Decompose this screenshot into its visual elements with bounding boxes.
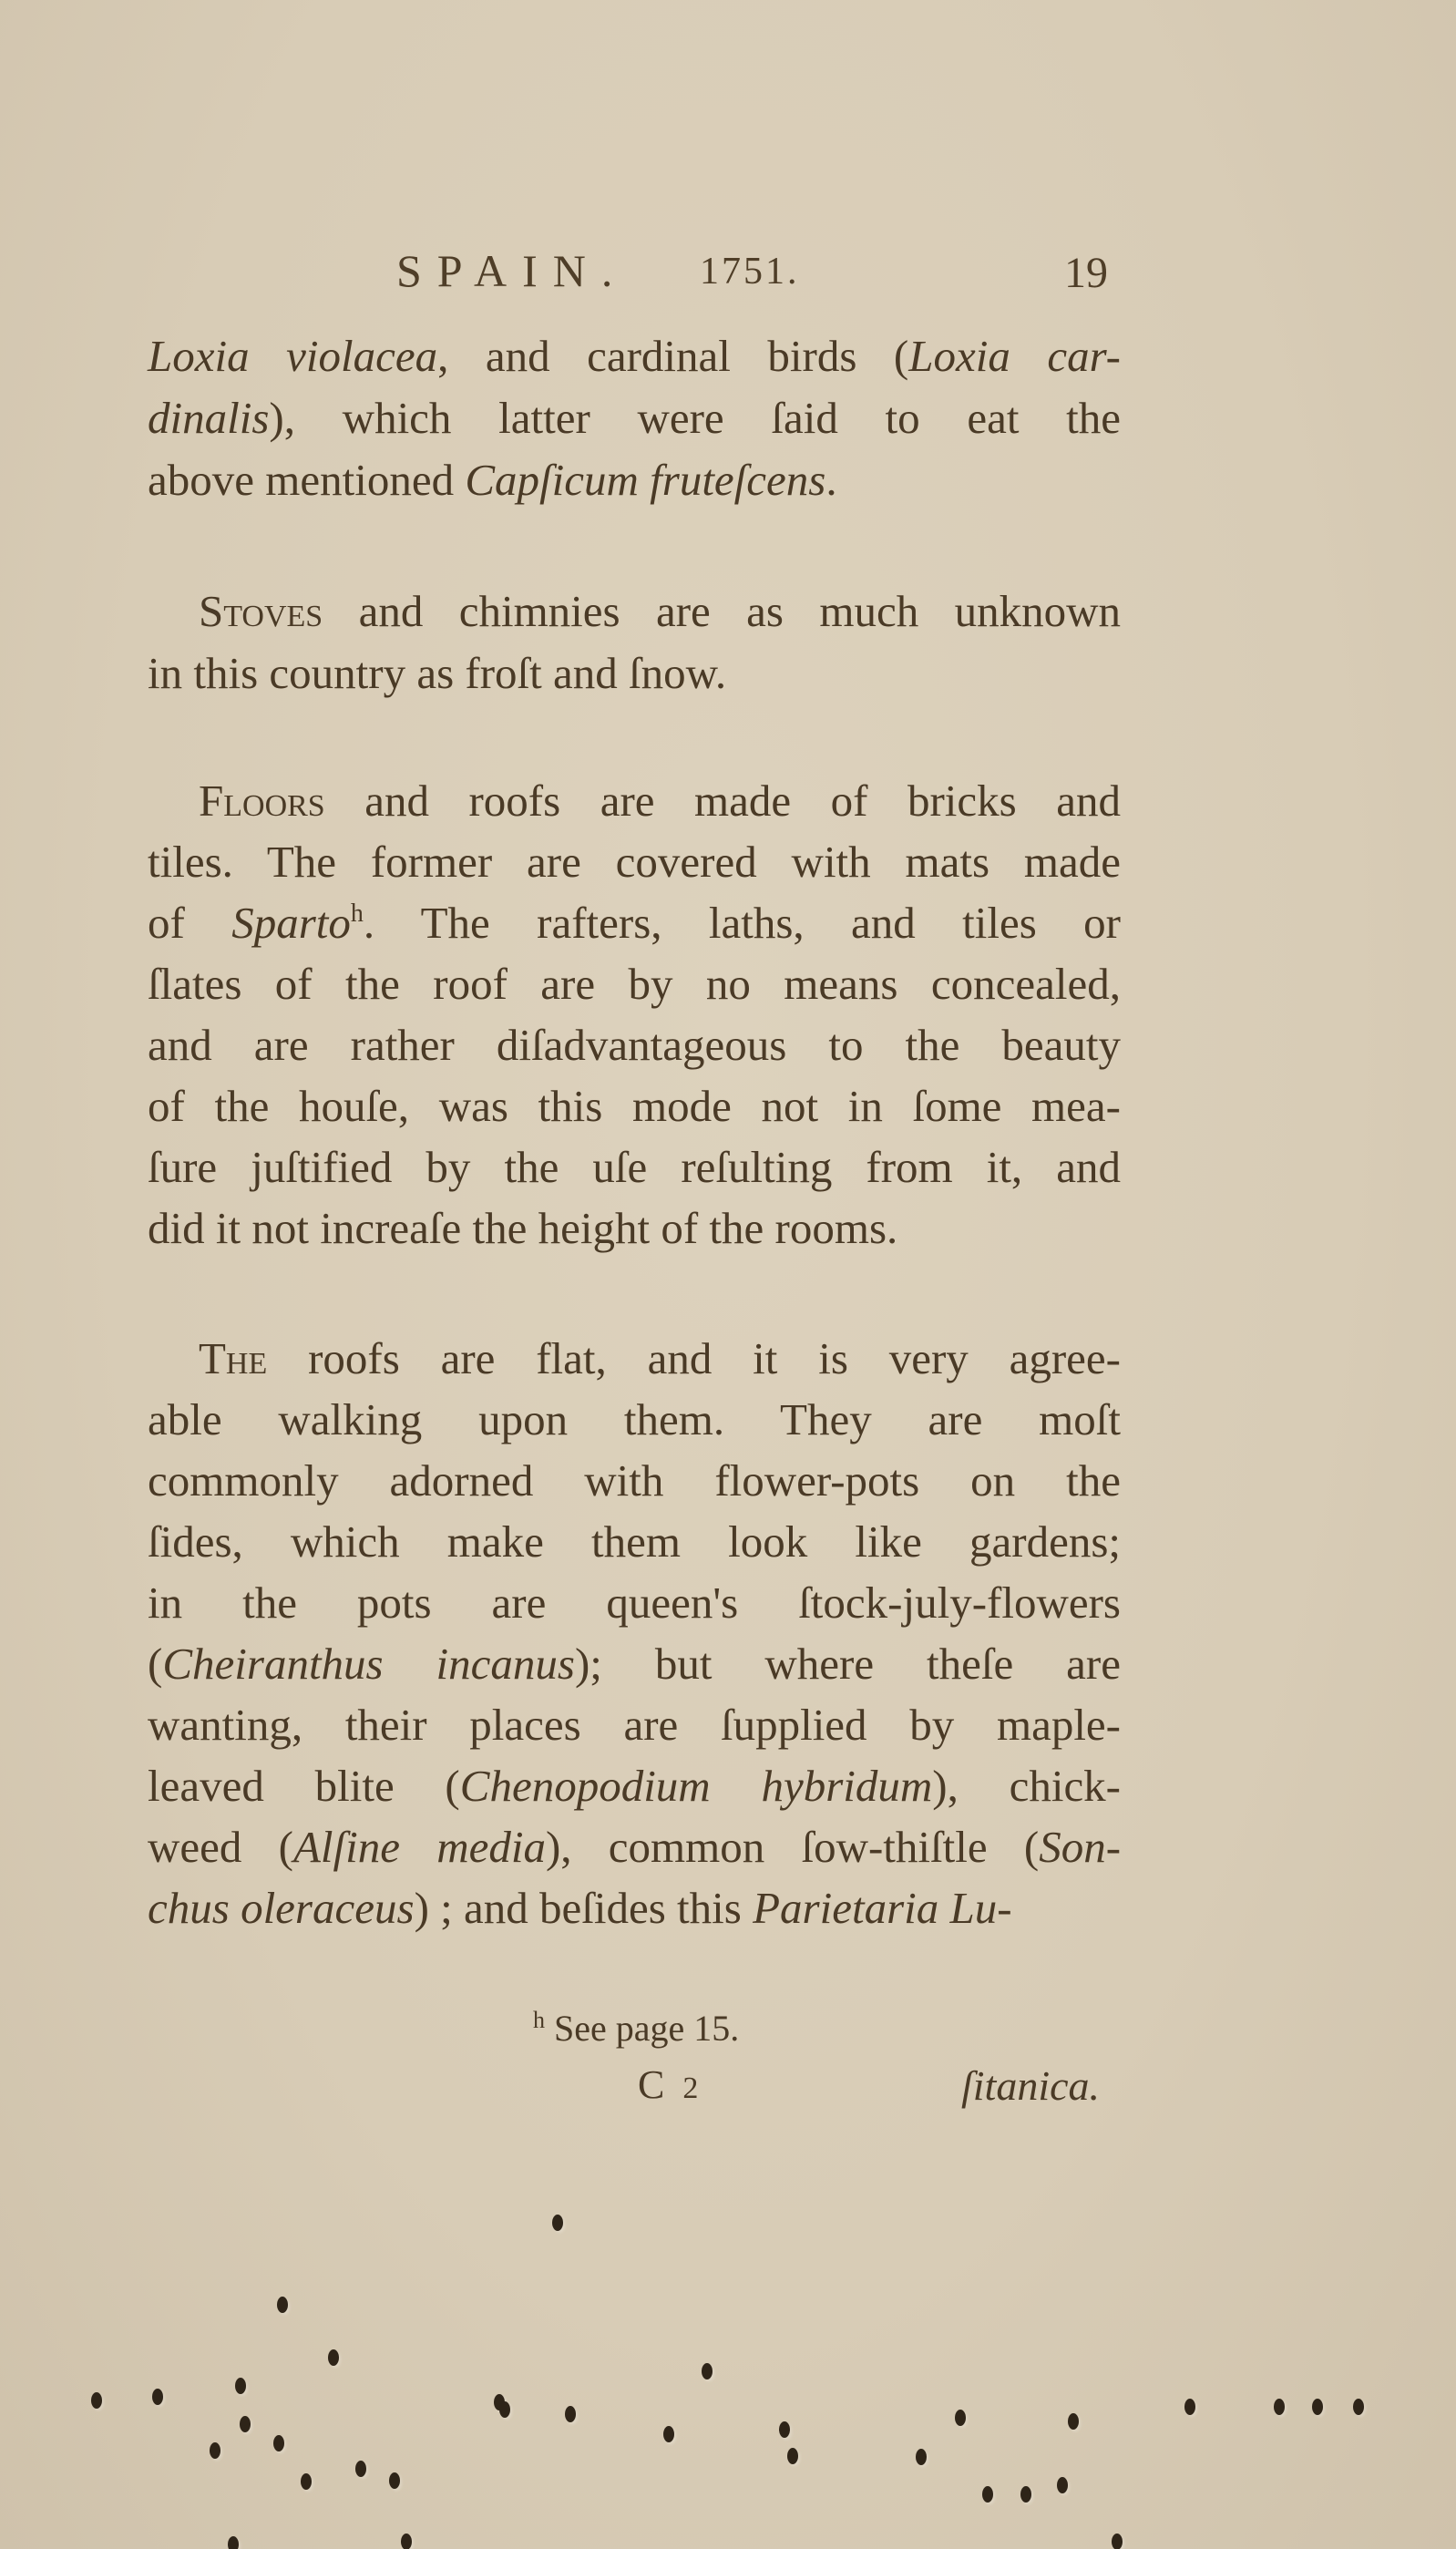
italic-text: Chenopodium hybridum [460, 1761, 933, 1811]
text-run: ) ; and beſides this [415, 1883, 754, 1933]
worm-hole [1184, 2399, 1195, 2415]
italic-text: Sparto [231, 898, 351, 948]
text-run: ), chick- [932, 1761, 1121, 1811]
text-line: tiles. The former are covered with mats … [148, 834, 1121, 890]
text-run: commonly adorned with flower-pots on the [148, 1455, 1121, 1506]
text-run: did it not increaſe the height of the ro… [148, 1203, 897, 1253]
text-line: and are rather diſadvantageous to the be… [148, 1017, 1121, 1074]
text-line: ſure juſtified by the uſe reſulting from… [148, 1139, 1121, 1196]
worm-hole [91, 2392, 102, 2409]
text-line: leaved blite (Chenopodium hybridum), chi… [148, 1758, 1121, 1814]
running-head-title: SPAIN. [396, 244, 628, 297]
worm-hole [779, 2421, 790, 2438]
signature-number: 2 [682, 2071, 698, 2105]
worm-hole [277, 2297, 288, 2313]
text-line: in the pots are queen's ſtock-july-flowe… [148, 1575, 1121, 1631]
worm-hole [328, 2349, 339, 2366]
text-run: tiles. The former are covered with mats … [148, 837, 1121, 887]
text-line: Floors and roofs are made of bricks and [199, 773, 1121, 829]
worm-hole [982, 2486, 993, 2503]
italic-text: Capſicum fruteſcens [465, 455, 825, 505]
italic-text: Loxia car- [908, 331, 1121, 381]
italic-text: Parietaria Lu- [753, 1883, 1011, 1933]
text-line: Loxia violacea, and cardinal birds (Loxi… [148, 328, 1121, 385]
text-run: ſlates of the roof are by no means conce… [148, 959, 1121, 1009]
text-run: leaved blite ( [148, 1761, 460, 1811]
text-line: able walking upon them. They are moſt [148, 1392, 1121, 1448]
signature-letter: C [638, 2062, 664, 2107]
worm-hole [955, 2410, 966, 2426]
text-run: wanting, their places are ſupplied by ma… [148, 1700, 1121, 1750]
text-line: dinalis), which latter were ſaid to eat … [148, 390, 1121, 447]
text-run: in the pots are queen's ſtock-july-flowe… [148, 1578, 1121, 1628]
italic-text: Cheiranthus incanus [162, 1639, 575, 1689]
text-run: of the houſe, was this mode not in ſome … [148, 1081, 1121, 1131]
worm-hole [1057, 2477, 1068, 2493]
text-line: did it not increaſe the height of the ro… [148, 1200, 1121, 1257]
text-run: and are rather diſadvantageous to the be… [148, 1020, 1121, 1070]
footnote-marker: h [533, 2007, 545, 2033]
worm-hole [787, 2448, 798, 2464]
text-run: , and cardinal birds ( [437, 331, 908, 381]
text-run: ſure juſtified by the uſe reſulting from… [148, 1142, 1121, 1192]
worm-hole [210, 2442, 220, 2459]
footnote: h See page 15. [533, 2007, 739, 2050]
worm-hole [301, 2473, 312, 2490]
worm-hole [552, 2215, 563, 2231]
italic-text: Alſine media [293, 1822, 546, 1872]
text-line: in this country as froſt and ſnow. [148, 645, 1121, 702]
page-number: 19 [1064, 248, 1108, 298]
text-line: of Spartoh. The rafters, laths, and tile… [148, 895, 1121, 951]
worm-hole [499, 2401, 510, 2418]
text-run: ), which latter were ſaid to eat the [269, 393, 1121, 443]
worm-hole [1112, 2534, 1123, 2549]
worm-hole [663, 2426, 674, 2442]
text-line: (Cheiranthus incanus); but where theſe a… [148, 1636, 1121, 1692]
worm-hole [916, 2449, 927, 2465]
text-line: above mentioned Capſicum fruteſcens. [148, 452, 1121, 509]
text-run: and chimnies are as much unknown [323, 586, 1121, 636]
text-line: of the houſe, was this mode not in ſome … [148, 1078, 1121, 1135]
text-run: weed ( [148, 1822, 293, 1872]
text-run: of [148, 898, 231, 948]
text-run: . The rafters, laths, and tiles or [364, 898, 1121, 948]
italic-text: Son- [1039, 1822, 1121, 1872]
worm-hole [1353, 2399, 1364, 2415]
worm-hole [401, 2534, 412, 2549]
italic-text: chus oleraceus [148, 1883, 415, 1933]
small-caps-text: The [199, 1333, 267, 1383]
text-run: and roofs are made of bricks and [325, 776, 1121, 826]
text-run: . [825, 455, 836, 505]
italic-text: Loxia violacea [148, 331, 437, 381]
worm-hole [389, 2472, 400, 2489]
text-run: above mentioned [148, 455, 465, 505]
worm-hole [355, 2461, 366, 2477]
worm-hole [273, 2435, 284, 2451]
footnote-ref: h [351, 899, 364, 928]
text-line: ſides, which make them look like gardens… [148, 1514, 1121, 1570]
text-line: Stoves and chimnies are as much unknown [199, 583, 1121, 640]
text-line: The roofs are flat, and it is very agree… [199, 1331, 1121, 1387]
text-run: in this country as froſt and ſnow. [148, 648, 726, 698]
footnote-text: See page 15. [554, 2008, 739, 2049]
text-run: ), common ſow-thiſtle ( [546, 1822, 1039, 1872]
text-run: ( [148, 1639, 162, 1689]
signature-mark: C2 [638, 2061, 698, 2108]
worm-hole [152, 2389, 163, 2405]
italic-text: dinalis [148, 393, 269, 443]
text-run: ſides, which make them look like gardens… [148, 1516, 1121, 1567]
text-line: wanting, their places are ſupplied by ma… [148, 1697, 1121, 1753]
running-head: SPAIN. 1751. 19 [0, 244, 1456, 308]
small-caps-text: Floors [199, 776, 325, 826]
text-line: weed (Alſine media), common ſow-thiſtle … [148, 1819, 1121, 1876]
text-line: chus oleraceus) ; and beſides this Parie… [148, 1880, 1121, 1937]
running-head-year: 1751. [700, 250, 800, 293]
text-run: roofs are flat, and it is very agree- [267, 1333, 1121, 1383]
worm-hole [240, 2416, 251, 2432]
worm-hole [565, 2406, 576, 2422]
text-line: ſlates of the roof are by no means conce… [148, 956, 1121, 1012]
text-run: ); but where theſe are [575, 1639, 1121, 1689]
worm-hole [1312, 2399, 1323, 2415]
small-caps-text: Stoves [199, 586, 323, 636]
worm-hole [235, 2378, 246, 2394]
book-page: SPAIN. 1751. 19 Loxia violacea, and card… [0, 0, 1456, 2549]
worm-hole [1020, 2486, 1031, 2503]
worm-hole [702, 2363, 713, 2379]
worm-hole [1068, 2413, 1079, 2430]
text-run: able walking upon them. They are moſt [148, 1394, 1121, 1444]
worm-hole [228, 2536, 239, 2549]
worm-hole [1274, 2399, 1285, 2415]
catchword: ſitanica. [961, 2061, 1100, 2110]
text-line: commonly adorned with flower-pots on the [148, 1453, 1121, 1509]
